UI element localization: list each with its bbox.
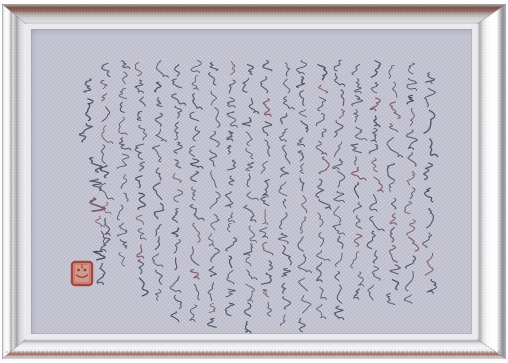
photo-of-framed-artwork: [0, 0, 508, 363]
artist-seal: [72, 262, 92, 285]
framed-calligraphy-artwork: [0, 0, 508, 363]
